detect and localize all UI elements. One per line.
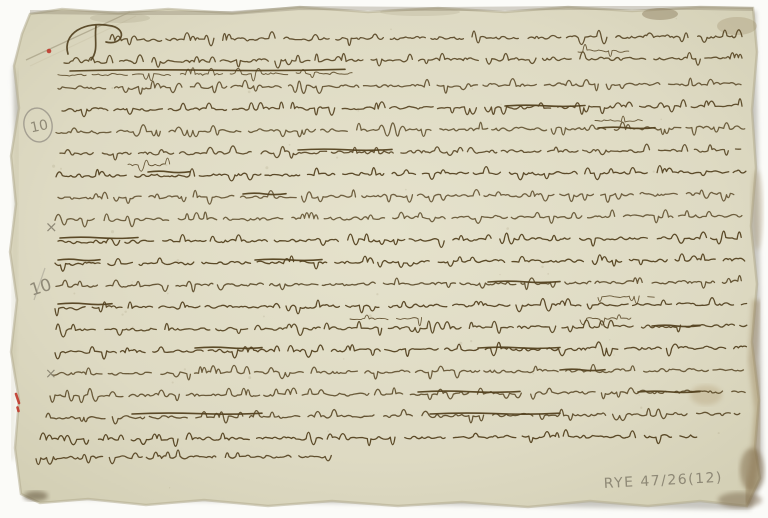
manuscript-photograph: 10 × 10 × RYE 47/26(12) — [0, 0, 768, 518]
stains-and-creases — [10, 7, 764, 508]
manuscript-canvas: 10 × 10 × RYE 47/26(12) — [0, 0, 768, 518]
pencil-cross-mark-upper: × — [45, 218, 58, 236]
pencil-cross-mark-lower: × — [45, 366, 57, 382]
red-ink-dot — [47, 49, 52, 54]
strikethrough-mark — [70, 69, 345, 71]
strikethrough-mark — [132, 413, 262, 414]
strikethrough-mark — [430, 413, 560, 414]
